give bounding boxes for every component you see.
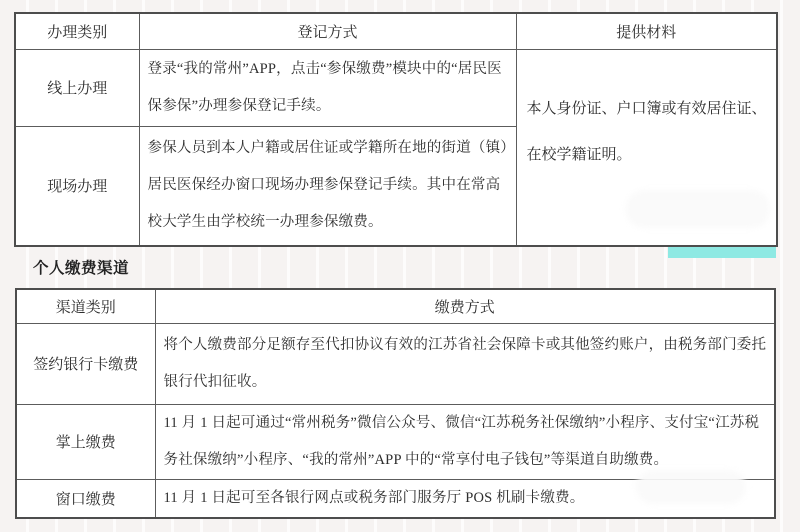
payment-header-row: 渠道类别 缴费方式 [16,289,775,323]
registration-header-row: 办理类别 登记方式 提供材料 [15,13,777,49]
highlight-strip [668,247,776,258]
blur-patch [636,470,746,504]
method-cell-onsite: 参保人员到本人户籍或居住证或学籍所在地的街道（镇）居民医保经办窗口现场办理参保登… [139,126,516,246]
payment-header-method: 缴费方式 [155,289,775,323]
method-cell-bank-card: 将个人缴费部分足额存至代扣协议有效的江苏省社会保障卡或其他签约账户，由税务部门委… [155,323,775,404]
payment-header-channel: 渠道类别 [16,289,155,323]
table-row: 线上办理 登录“我的常州”APP，点击“参保缴费”模块中的“居民医保参保”办理参… [15,49,777,126]
channel-cell-bank-card: 签约银行卡缴费 [16,323,155,404]
category-cell-online: 线上办理 [15,49,139,126]
table-row: 签约银行卡缴费 将个人缴费部分足额存至代扣协议有效的江苏省社会保障卡或其他签约账… [16,323,775,404]
category-cell-onsite: 现场办理 [15,126,139,246]
section-title: 个人缴费渠道 [33,256,129,278]
document-page: 办理类别 登记方式 提供材料 线上办理 登录“我的常州”APP，点击“参保缴费”… [0,0,800,532]
channel-cell-mobile: 掌上缴费 [16,404,155,479]
blur-patch [626,190,770,228]
registration-header-category: 办理类别 [15,13,139,49]
method-cell-mobile: 11 月 1 日起可通过“常州税务”微信公众号、微信“江苏税务社保缴纳”小程序、… [155,404,775,479]
table-row: 掌上缴费 11 月 1 日起可通过“常州税务”微信公众号、微信“江苏税务社保缴纳… [16,404,775,479]
registration-header-method: 登记方式 [139,13,516,49]
method-cell-online: 登录“我的常州”APP，点击“参保缴费”模块中的“居民医保参保”办理参保登记手续… [139,49,516,126]
registration-header-materials: 提供材料 [516,13,777,49]
channel-cell-counter: 窗口缴费 [16,479,155,518]
